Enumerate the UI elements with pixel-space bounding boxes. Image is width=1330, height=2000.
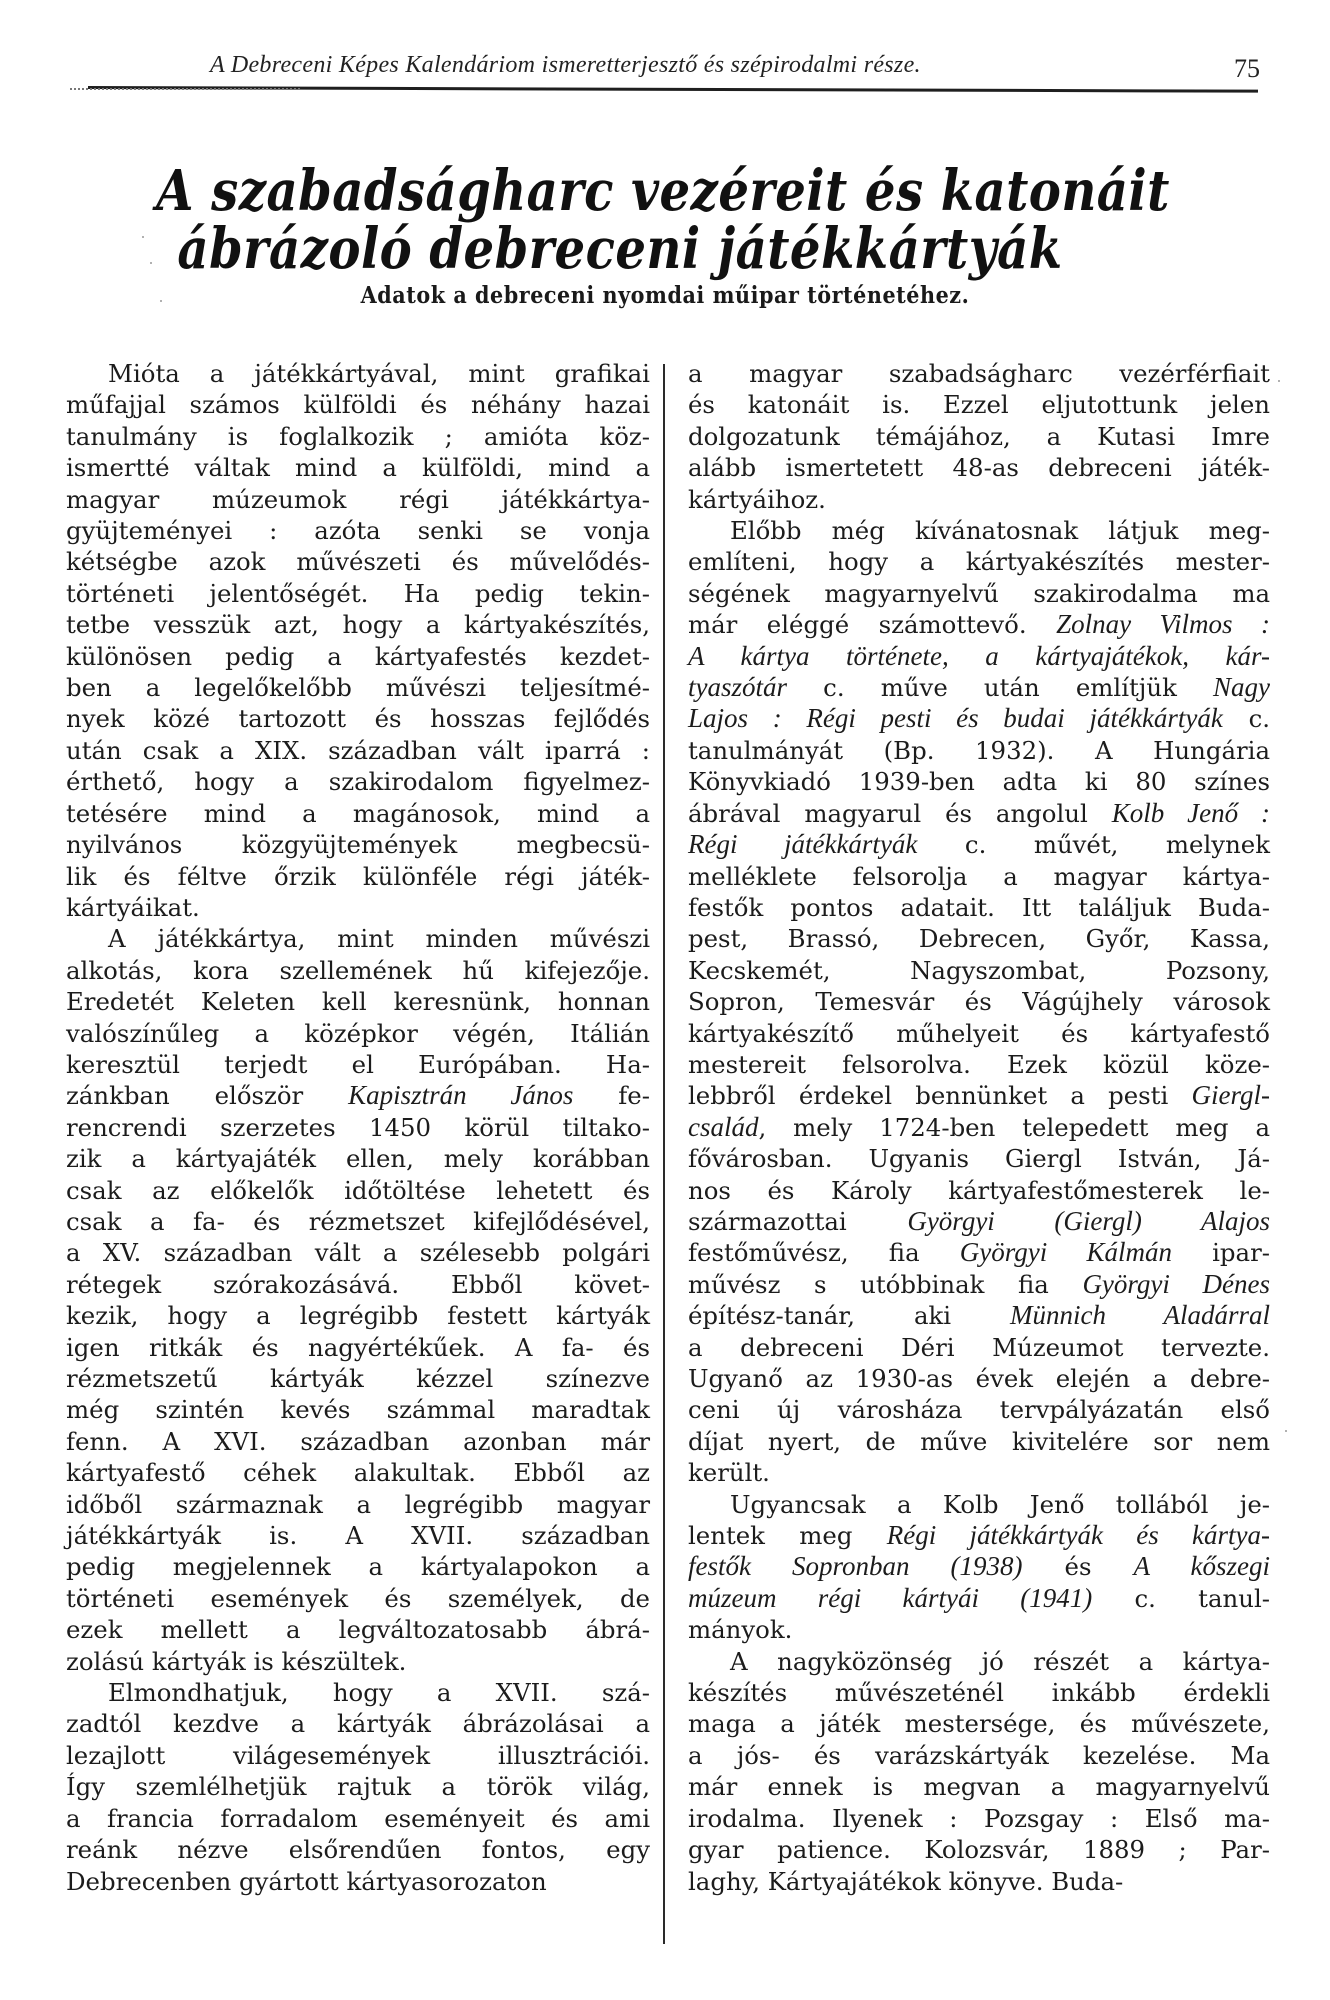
text-span: Debrecenben gyártott kártyasorozaton	[66, 1867, 547, 1896]
text-span: mányok.	[688, 1615, 792, 1644]
text-span: zánkban először	[66, 1081, 348, 1110]
text-span: ceni új városháza tervpályázatán első	[688, 1395, 1270, 1424]
text-span: dolgozatunk témájához, a Kutasi Imre	[688, 422, 1270, 451]
text-span: kártyáikat.	[66, 893, 200, 922]
text-span: reánk nézve elsőrendűen fontos, egy	[66, 1835, 650, 1864]
header-rule-dots-divider	[70, 88, 300, 90]
text-line: kártyafestő céhek alakultak. Ebből az	[66, 1457, 650, 1488]
text-line: játékkártyák is. A XVII. században	[66, 1520, 650, 1551]
text-line: igen ritkák és nagyértékűek. A fa- és	[66, 1332, 650, 1363]
text-span: Sopron, Temesvár és Vágújhely városok	[688, 987, 1270, 1016]
text-span: után csak a XIX. században vált iparrá :	[66, 736, 650, 765]
text-line: Kecskemét, Nagyszombat, Pozsony,	[688, 955, 1270, 986]
text-line: Elmondhatjuk, hogy a XVII. szá-	[66, 1677, 650, 1708]
print-speckle-decoration	[1285, 1430, 1287, 1432]
text-line: maga a játék mestersége, és művészete,	[688, 1708, 1270, 1739]
text-line: már ennek is megvan a magyarnyelvű	[688, 1771, 1270, 1802]
text-line: múzeum régi kártyái (1941) c. tanul-	[688, 1583, 1270, 1614]
italic-text-span: Kolb Jenő :	[1112, 798, 1270, 828]
article-title-line-1: A szabadságharc vezéreit és katonáit	[91, 158, 1235, 224]
text-span: fenn. A XVI. században azonban már	[66, 1427, 650, 1456]
text-line: származottai Györgyi (Giergl) Alajos	[688, 1206, 1270, 1237]
text-span: Mióta a játékkártyával, mint grafikai	[108, 359, 650, 388]
text-line: fenn. A XVI. században azonban már	[66, 1426, 650, 1457]
text-span: Így szemlélhetjük rajtuk a török világ,	[66, 1772, 650, 1801]
text-span: Ugyancsak a Kolb Jenő tollából je-	[730, 1490, 1270, 1519]
text-line: lentek meg Régi játékkártyák és kártya-	[688, 1520, 1270, 1551]
text-span: készítés művészeténél inkább érdekli	[688, 1678, 1270, 1707]
text-span: említeni, hogy a kártyakészítés mester-	[688, 547, 1270, 576]
text-line: a francia forradalom eseményeit és ami	[66, 1803, 650, 1834]
text-line: csak a fa- és rézmetszet kifejlődésével,	[66, 1206, 650, 1237]
text-span: különösen pedig a kártyafestés kezdet-	[66, 642, 650, 671]
text-span: csak az előkelők időtöltése lehetett és	[66, 1176, 650, 1205]
text-line: család, mely 1724-ben telepedett meg a	[688, 1112, 1270, 1143]
text-span: Eredetét Keleten kell keresnünk, honnan	[66, 987, 650, 1016]
text-span: lentek meg	[688, 1521, 887, 1550]
italic-text-span: Régi játékkártyák és kártya-	[887, 1520, 1270, 1550]
text-line: tanulmány is foglalkozik ; amióta köz-	[66, 421, 650, 452]
text-span: történeti események és személyek, de	[66, 1584, 650, 1613]
text-span: ábrával magyarul és angolul	[688, 799, 1112, 828]
text-line: műfajjal számos külföldi és néhány hazai	[66, 389, 650, 420]
print-speckle-decoration	[1278, 380, 1280, 382]
text-span: zik a kártyajáték ellen, mely korábban	[66, 1144, 650, 1173]
text-line: érthető, hogy a szakirodalom figyelmez-	[66, 766, 650, 797]
text-line: készítés művészeténél inkább érdekli	[688, 1677, 1270, 1708]
text-span: c. műve után említjük	[787, 673, 1213, 702]
text-span: lezajlott világesemények illusztrációi.	[66, 1741, 650, 1770]
text-line: Régi játékkártyák c. művét, melynek	[688, 829, 1270, 860]
text-span: a magyar szabadságharc vezérférfiait	[688, 359, 1270, 388]
text-line: Előbb még kívánatosnak látjuk meg-	[688, 515, 1270, 546]
text-line: kezik, hogy a legrégibb festett kártyák	[66, 1300, 650, 1331]
text-line: pest, Brassó, Debrecen, Győr, Kassa,	[688, 923, 1270, 954]
text-line: csak az előkelők időtöltése lehetett és	[66, 1175, 650, 1206]
page-number: 75	[1234, 54, 1260, 84]
text-line: irodalma. Ilyenek : Pozsgay : Első ma-	[688, 1803, 1270, 1834]
text-span: a francia forradalom eseményeit és ami	[66, 1804, 650, 1833]
text-line: említeni, hogy a kártyakészítés mester-	[688, 546, 1270, 577]
text-line: zánkban először Kapisztrán János fe-	[66, 1080, 650, 1111]
text-span: ben a legelőkelőbb művészi teljesítmé-	[66, 673, 650, 702]
italic-text-span: Györgyi Dénes	[1082, 1269, 1270, 1299]
text-span: játékkártyák is. A XVII. században	[66, 1521, 650, 1550]
text-line: időből származnak a legrégibb magyar	[66, 1489, 650, 1520]
text-span: kártyafestő céhek alakultak. Ebből az	[66, 1458, 650, 1487]
text-span: tanulmányát (Bp. 1932). A Hungária	[688, 736, 1270, 765]
text-span: még szintén kevés számmal maradtak	[66, 1395, 650, 1424]
text-line: festők Sopronban (1938) és A kőszegi	[688, 1551, 1270, 1582]
text-span: Kecskemét, Nagyszombat, Pozsony,	[688, 956, 1270, 985]
text-span: valószínűleg a középkor végén, Itálián	[66, 1019, 650, 1048]
text-span: zolású kártyák is készültek.	[66, 1647, 406, 1676]
text-span: , mely 1724-ben telepedett meg a	[759, 1113, 1271, 1142]
text-line: tetésére mind a magánosok, mind a	[66, 798, 650, 829]
text-line: díjat nyert, de műve kivitelére sor nem	[688, 1426, 1270, 1457]
text-span: ismertté váltak mind a külföldi, mind a	[66, 453, 650, 482]
text-line: mestereit felsorolva. Ezek közül köze-	[688, 1049, 1270, 1080]
text-span: Ugyanő az 1930-as évek elején a debre-	[688, 1364, 1270, 1393]
text-span: tetbe vesszük azt, hogy a kártyakészítés…	[66, 610, 650, 639]
text-line: történeti események és személyek, de	[66, 1583, 650, 1614]
text-line: került.	[688, 1457, 1270, 1488]
text-span: és katonáit is. Ezzel eljutottunk jelen	[688, 390, 1270, 419]
text-line: alkotás, kora szellemének hű kifejezője.	[66, 955, 650, 986]
text-span: származottai	[688, 1207, 907, 1236]
text-line: nos és Károly kártyafestőmesterek le-	[688, 1175, 1270, 1206]
text-span: maga a játék mestersége, és művészete,	[688, 1709, 1270, 1738]
running-header-title: A Debreceni Képes Kalendáriom ismeretter…	[210, 52, 1110, 79]
text-span: művész s utóbbinak fia	[688, 1270, 1082, 1299]
text-line: ceni új városháza tervpályázatán első	[688, 1394, 1270, 1425]
text-line: művész s utóbbinak fia Györgyi Dénes	[688, 1269, 1270, 1300]
text-span: kártyáihoz.	[688, 485, 826, 514]
text-span: Előbb még kívánatosnak látjuk meg-	[730, 516, 1270, 545]
text-span: gyüjteményei : azóta senki se vonja	[66, 516, 650, 545]
text-line: a jós- és varázskártyák kezelése. Ma	[688, 1740, 1270, 1771]
text-span: mestereit felsorolva. Ezek közül köze-	[688, 1050, 1270, 1079]
text-span: nos és Károly kártyafestőmesterek le-	[688, 1176, 1270, 1205]
text-span: alább ismertetett 48-as debreceni játék-	[688, 453, 1270, 482]
italic-text-span: A kőszegi	[1133, 1551, 1270, 1581]
text-line: laghy, Kártyajátékok könyve. Buda-	[688, 1866, 1270, 1897]
text-line: fővárosban. Ugyanis Giergl István, Já-	[688, 1143, 1270, 1174]
text-line: Mióta a játékkártyával, mint grafikai	[66, 358, 650, 389]
text-span: melléklete felsorolja a magyar kártya-	[688, 862, 1270, 891]
text-line: tyaszótár c. műve után említjük Nagy	[688, 672, 1270, 703]
italic-text-span: Giergl-	[1192, 1080, 1270, 1110]
italic-text-span: Györgyi Kálmán	[960, 1237, 1172, 1267]
text-line: tetbe vesszük azt, hogy a kártyakészítés…	[66, 609, 650, 640]
text-span: nyilvános közgyüjtemények megbecsü-	[66, 830, 650, 859]
text-line: melléklete felsorolja a magyar kártya-	[688, 861, 1270, 892]
text-line: a XV. században vált a szélesebb polgári	[66, 1237, 650, 1268]
print-speckle-decoration	[142, 236, 144, 238]
text-line: A játékkártya, mint minden művészi	[66, 923, 650, 954]
article-title-line-2: ábrázoló debreceni játékkártyák	[48, 216, 1192, 282]
text-line: nyek közé tartozott és hosszas fejlődés	[66, 703, 650, 734]
text-line: nyilvános közgyüjtemények megbecsü-	[66, 829, 650, 860]
italic-text-span: Kapisztrán János	[348, 1080, 573, 1110]
text-span: rencrendi szerzetes 1450 körül tiltako-	[66, 1113, 650, 1142]
italic-text-span: A kártya története, a kártyajátékok, kár…	[688, 641, 1270, 671]
print-speckle-decoration	[150, 262, 152, 264]
italic-text-span: Györgyi (Giergl) Alajos	[907, 1206, 1270, 1236]
text-line: gyüjteményei : azóta senki se vonja	[66, 515, 650, 546]
text-line: tanulmányát (Bp. 1932). A Hungária	[688, 735, 1270, 766]
text-span: csak a fa- és rézmetszet kifejlődésével,	[66, 1207, 650, 1236]
text-line: rétegek szórakozásává. Ebből követ-	[66, 1269, 650, 1300]
text-line: még szintén kevés számmal maradtak	[66, 1394, 650, 1425]
text-span: pest, Brassó, Debrecen, Győr, Kassa,	[688, 924, 1270, 953]
text-span: érthető, hogy a szakirodalom figyelmez-	[66, 767, 650, 796]
text-span: kezik, hogy a legrégibb festett kártyák	[66, 1301, 650, 1330]
text-line: A kártya története, a kártyajátékok, kár…	[688, 641, 1270, 672]
text-span: magyar múzeumok régi játékkártya-	[66, 485, 650, 514]
right-text-column: a magyar szabadságharc vezérférfiaités k…	[688, 358, 1270, 1897]
text-line: ismertté váltak mind a külföldi, mind a	[66, 452, 650, 483]
text-line: kártyáihoz.	[688, 484, 1270, 515]
text-line: Lajos : Régi pesti és budai játékkártyák…	[688, 703, 1270, 734]
text-line: zik a kártyajáték ellen, mely korábban	[66, 1143, 650, 1174]
text-line: dolgozatunk témájához, a Kutasi Imre	[688, 421, 1270, 452]
text-line: lezajlott világesemények illusztrációi.	[66, 1740, 650, 1771]
text-span: már eléggé számottevő.	[688, 610, 1056, 639]
italic-text-span: család	[688, 1112, 759, 1142]
column-divider	[663, 364, 665, 1944]
text-line: rézmetszetű kártyák kézzel színezve	[66, 1363, 650, 1394]
text-line: ségének magyarnyelvű szakirodalma ma	[688, 578, 1270, 609]
italic-text-span: Nagy	[1213, 672, 1270, 702]
text-line: ezek mellett a legváltozatosabb ábrá-	[66, 1614, 650, 1645]
text-line: ábrával magyarul és angolul Kolb Jenő :	[688, 798, 1270, 829]
text-line: valószínűleg a középkor végén, Itálián	[66, 1018, 650, 1049]
text-span: alkotás, kora szellemének hű kifejezője.	[66, 956, 650, 985]
text-span: történeti jelentőségét. Ha pedig tekin-	[66, 579, 650, 608]
text-span: kétségbe azok művészeti és művelődés-	[66, 547, 650, 576]
text-line: történeti jelentőségét. Ha pedig tekin-	[66, 578, 650, 609]
italic-text-span: Lajos : Régi pesti és budai játékkártyák	[688, 703, 1223, 733]
text-line: és katonáit is. Ezzel eljutottunk jelen	[688, 389, 1270, 420]
text-span: került.	[688, 1458, 770, 1487]
text-span: már ennek is megvan a magyarnyelvű	[688, 1772, 1270, 1801]
text-line: Ugyancsak a Kolb Jenő tollából je-	[688, 1489, 1270, 1520]
left-text-column: Mióta a játékkártyával, mint grafikaiműf…	[66, 358, 650, 1897]
text-span: A játékkártya, mint minden művészi	[108, 924, 650, 953]
text-line: után csak a XIX. században vált iparrá :	[66, 735, 650, 766]
text-line: Könyvkiadó 1939-ben adta ki 80 színes	[688, 766, 1270, 797]
text-line: zadtól kezdve a kártyák ábrázolásai a	[66, 1708, 650, 1739]
text-span: lebbről érdekel bennünket a pesti	[688, 1081, 1192, 1110]
text-span: A nagyközönség jó részét a kártya-	[730, 1647, 1270, 1676]
italic-text-span: festők Sopronban (1938)	[688, 1551, 1023, 1581]
text-line: kártyáikat.	[66, 892, 650, 923]
text-line: pedig megjelennek a kártyalapokon a	[66, 1551, 650, 1582]
text-span: ségének magyarnyelvű szakirodalma ma	[688, 579, 1270, 608]
text-span: a XV. században vált a szélesebb polgári	[66, 1238, 650, 1267]
text-span: műfajjal számos külföldi és néhány hazai	[66, 390, 650, 419]
text-span: fe-	[573, 1081, 650, 1110]
text-span: időből származnak a legrégibb magyar	[66, 1490, 650, 1519]
italic-text-span: Régi játékkártyák	[688, 829, 917, 859]
text-line: kétségbe azok művészeti és művelődés-	[66, 546, 650, 577]
text-span: zadtól kezdve a kártyák ábrázolásai a	[66, 1709, 650, 1738]
text-span: Könyvkiadó 1939-ben adta ki 80 színes	[688, 767, 1270, 796]
text-line: alább ismertetett 48-as debreceni játék-	[688, 452, 1270, 483]
text-span: tetésére mind a magánosok, mind a	[66, 799, 650, 828]
text-span: ipar-	[1172, 1238, 1270, 1267]
text-span: építész-tanár, aki	[688, 1301, 1010, 1330]
text-span: fővárosban. Ugyanis Giergl István, Já-	[688, 1144, 1270, 1173]
text-line: ben a legelőkelőbb művészi teljesítmé-	[66, 672, 650, 703]
text-span: gyar patience. Kolozsvár, 1889 ; Par-	[688, 1835, 1270, 1864]
text-span: rétegek szórakozásává. Ebből követ-	[66, 1270, 650, 1299]
text-line: lik és féltve őrzik különféle régi játék…	[66, 861, 650, 892]
text-line: Sopron, Temesvár és Vágújhely városok	[688, 986, 1270, 1017]
text-span: c.	[1223, 704, 1270, 733]
text-line: reánk nézve elsőrendűen fontos, egy	[66, 1834, 650, 1865]
text-line: Ugyanő az 1930-as évek elején a debre-	[688, 1363, 1270, 1394]
italic-text-span: Zolnay Vilmos :	[1056, 609, 1270, 639]
text-line: már eléggé számottevő. Zolnay Vilmos :	[688, 609, 1270, 640]
text-span: Elmondhatjuk, hogy a XVII. szá-	[108, 1678, 650, 1707]
text-span: festők pontos adatait. Itt találjuk Buda…	[688, 893, 1270, 922]
text-span: és	[1023, 1552, 1134, 1581]
italic-text-span: múzeum régi kártyái (1941)	[688, 1583, 1092, 1613]
text-line: festőművész, fia Györgyi Kálmán ipar-	[688, 1237, 1270, 1268]
text-span: pedig megjelennek a kártyalapokon a	[66, 1552, 650, 1581]
text-span: nyek közé tartozott és hosszas fejlődés	[66, 704, 650, 733]
print-speckle-decoration	[160, 300, 162, 302]
text-line: rencrendi szerzetes 1450 körül tiltako-	[66, 1112, 650, 1143]
text-line: kártyakészítő műhelyeit és kártyafestő	[688, 1018, 1270, 1049]
text-line: Eredetét Keleten kell keresnünk, honnan	[66, 986, 650, 1017]
text-line: mányok.	[688, 1614, 1270, 1645]
text-line: festők pontos adatait. Itt találjuk Buda…	[688, 892, 1270, 923]
text-span: ezek mellett a legváltozatosabb ábrá-	[66, 1615, 650, 1644]
text-line: keresztül terjedt el Európában. Ha-	[66, 1049, 650, 1080]
text-line: magyar múzeumok régi játékkártya-	[66, 484, 650, 515]
text-span: keresztül terjedt el Európában. Ha-	[66, 1050, 650, 1079]
text-line: különösen pedig a kártyafestés kezdet-	[66, 641, 650, 672]
text-span: irodalma. Ilyenek : Pozsgay : Első ma-	[688, 1804, 1270, 1833]
text-span: c. tanul-	[1092, 1584, 1270, 1613]
text-span: festőművész, fia	[688, 1238, 960, 1267]
text-span: tanulmány is foglalkozik ; amióta köz-	[66, 422, 650, 451]
italic-text-span: Münnich Aladárral	[1010, 1300, 1270, 1330]
text-line: a magyar szabadságharc vezérférfiait	[688, 358, 1270, 389]
text-line: gyar patience. Kolozsvár, 1889 ; Par-	[688, 1834, 1270, 1865]
text-line: Így szemlélhetjük rajtuk a török világ,	[66, 1771, 650, 1802]
text-line: a debreceni Déri Múzeumot tervezte.	[688, 1332, 1270, 1363]
text-line: Debrecenben gyártott kártyasorozaton	[66, 1866, 650, 1897]
text-span: rézmetszetű kártyák kézzel színezve	[66, 1364, 650, 1393]
text-line: A nagyközönség jó részét a kártya-	[688, 1646, 1270, 1677]
article-subtitle: Adatok a debreceni nyomdai műipar történ…	[67, 282, 1264, 309]
italic-text-span: tyaszótár	[688, 672, 787, 702]
text-span: lik és féltve őrzik különféle régi játék…	[66, 862, 650, 891]
text-span: c. művét, melynek	[917, 830, 1270, 859]
text-line: építész-tanár, aki Münnich Aladárral	[688, 1300, 1270, 1331]
text-line: lebbről érdekel bennünket a pesti Giergl…	[688, 1080, 1270, 1111]
text-span: kártyakészítő műhelyeit és kártyafestő	[688, 1019, 1270, 1048]
text-line: zolású kártyák is készültek.	[66, 1646, 650, 1677]
text-span: a debreceni Déri Múzeumot tervezte.	[688, 1333, 1270, 1362]
text-span: díjat nyert, de műve kivitelére sor nem	[688, 1427, 1270, 1456]
text-span: laghy, Kártyajátékok könyve. Buda-	[688, 1867, 1123, 1896]
text-span: a jós- és varázskártyák kezelése. Ma	[688, 1741, 1270, 1770]
text-span: igen ritkák és nagyértékűek. A fa- és	[66, 1333, 650, 1362]
